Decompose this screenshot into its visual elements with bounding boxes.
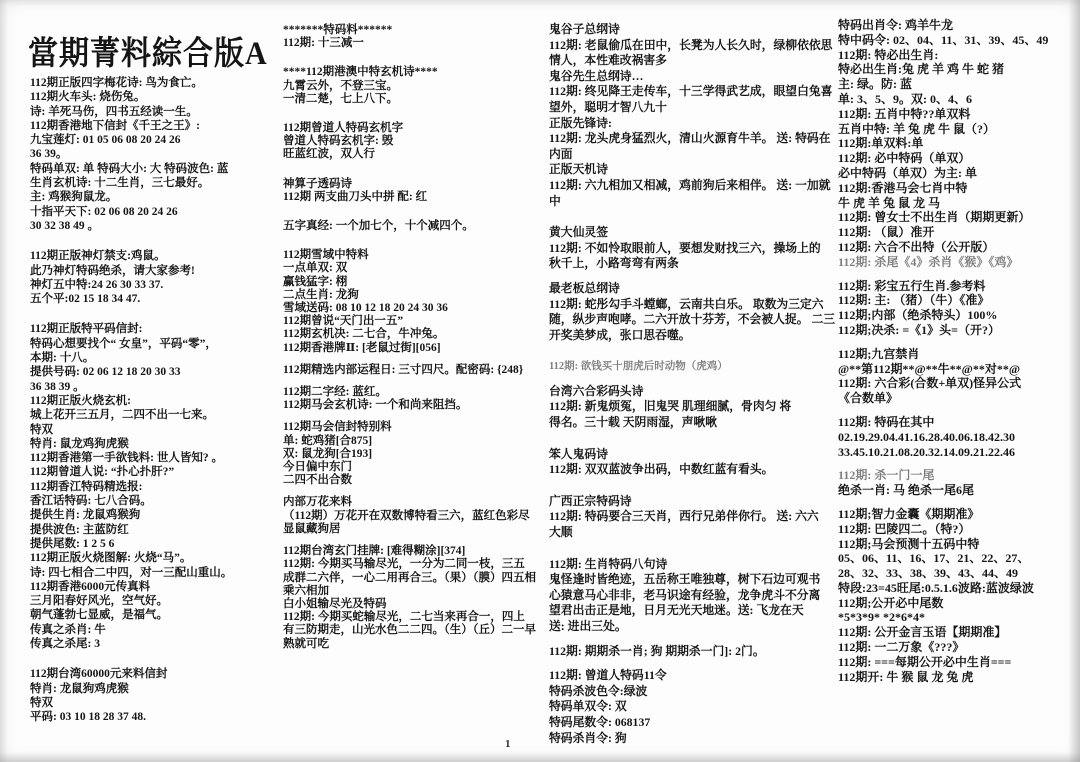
text-line: 赢钱猛字: 栩	[283, 276, 545, 289]
text-line: 112期香江特码精选报:	[30, 480, 282, 494]
text-line: 112期: 生肖特码八句诗	[549, 557, 845, 573]
text-line: 笨人鬼码诗	[549, 447, 845, 463]
text-line: 诗: 羊死马伤，四书五经读一生。	[30, 105, 282, 119]
text-line: 二四不出合数	[283, 474, 545, 487]
text-line: 112期雪域中特料	[283, 249, 545, 262]
blank-line	[549, 635, 845, 644]
text-line: 一点单双: 双	[283, 262, 545, 275]
text-line: 特双	[30, 696, 282, 710]
text-line: 112期精选内部运程日: 三寸四尺。配密码: {248}	[283, 364, 545, 377]
text-line: 一清二楚，七上八下。	[283, 93, 545, 106]
text-line: 112期:单双料:单	[838, 136, 1072, 151]
text-line: 神灯五中特:24 26 30 33 37.	[30, 278, 282, 292]
text-line: 112期: 今期买蛇输尽光，二七当来再合一，四上	[283, 611, 545, 624]
text-line: @**第112期**@**牛**@**对**@	[838, 362, 1072, 377]
text-line: 雪域送码: 08 10 12 18 20 24 30 36	[283, 302, 545, 315]
text-line: 情人，本性难改祸害多	[549, 53, 845, 69]
blank-line	[838, 270, 1072, 279]
text-line: 112期: （鼠）准开	[838, 225, 1072, 240]
text-line: 鬼怪逢时皆绝迹，五岳称王唯独尊，树下石边可观书	[549, 572, 845, 588]
scan-edge-top	[0, 0, 1080, 6]
document-page: 當期菁料綜合版A 112期正版四字梅花诗: 鸟为食亡。112期火车头: 烧伤兔。…	[0, 0, 1080, 762]
text-line: 特码心想要找个“ 女皇”，平码“零”，	[30, 337, 282, 351]
text-line: 112期: ===每期公开必中生肖===	[838, 655, 1072, 670]
text-line: 黄大仙灵签	[549, 225, 845, 241]
text-line: 112期正版神灯禁支:鸡鼠。	[30, 249, 282, 263]
text-line: 平码: 03 10 18 28 37 48.	[30, 710, 282, 724]
text-line: 得名。三十载 天阴雨湿，声啾啾	[549, 415, 845, 431]
text-line: 单: 蛇鸡猪[合875]	[283, 435, 545, 448]
text-line: 112期:香港马会七肖中特	[838, 181, 1072, 196]
text-line: 诗: 四七相合二中四，对一三配山重山。	[30, 566, 282, 580]
text-line: ****112期港澳中特玄机诗****	[283, 66, 545, 79]
text-line: 112期: 杀一门一尾	[838, 468, 1072, 483]
text-line: 三月阳春好风光，空气好。	[30, 594, 282, 608]
text-line: 112期: 六合彩(合数+单双)怪异公式	[838, 376, 1072, 391]
blank-line	[838, 406, 1072, 415]
text-line: 112期: 彩宝五行生肖.参考料	[838, 279, 1072, 294]
text-line: 112期正版特平码信封:	[30, 322, 282, 336]
text-line: 28、32、33、38、39、43、44、49	[838, 566, 1072, 581]
text-line: 05、06、11、16、17、21、22、27、	[838, 551, 1072, 566]
text-line: 特肖: 鼠龙鸡狗虎猴	[30, 437, 282, 451]
blank-line	[283, 50, 545, 66]
text-line: 生肖玄机诗: 十二生肖，三七最好。	[30, 176, 282, 190]
text-line: 提供波色: 主蓝防红	[30, 523, 282, 537]
text-line: 今日偏中东门	[283, 461, 545, 474]
text-column-3: 鬼谷子总纲诗112期: 老鼠偷瓜在田中，长凳为人长久时，绿柳依依思情人，本性难改…	[549, 22, 845, 746]
page-number: 1	[505, 738, 511, 750]
text-line: 112期: 老鼠偷瓜在田中，长凳为人长久时，绿柳依依思	[549, 38, 845, 54]
text-line: 单: 3、5、9。双: 0、4、6	[838, 92, 1072, 107]
text-line: 112期: 终见降王走传车，十三学得武艺成，眼望白兔喜	[549, 84, 845, 100]
text-line: 112期香港地下信封《千王之王》:	[30, 119, 282, 133]
text-line: 112期: 曾女士不出生肖（期期更新）	[838, 210, 1072, 225]
text-line: 提供生肖: 龙鼠鸡猴狗	[30, 508, 282, 522]
text-line: 城上花开三五月，二四不出一七来。	[30, 408, 282, 422]
text-line: 36 38 39 。	[30, 380, 282, 394]
text-line: 36 39。	[30, 147, 282, 161]
text-line: 112期: 今期买马输尽光，一分为二同一枝，三五	[283, 558, 545, 571]
text-column-4: 特码出肖令: 鸡羊牛龙特中码令: 02、04、11、31、39、45、49112…	[838, 18, 1072, 684]
text-line: 112期: 龙头虎身猛烈火，清山火源育牛羊。 送: 特码在	[549, 131, 845, 147]
text-line: 曾道人特码玄机字: 毁	[283, 135, 545, 148]
text-line: 送: 进出三处。	[549, 619, 845, 635]
text-line: 112期玄机决: 二七合，牛冲兔。	[283, 328, 545, 341]
text-line: 112期;决杀: =《1》头=（开?）	[838, 323, 1072, 338]
text-line: 112期: 期期杀一肖; 狗 期期杀一门]: 2门。	[549, 644, 845, 660]
text-line: 112期香港牌Ⅱ: [老鼠过街][056]	[283, 342, 545, 355]
text-line: 112期: 特码在其中	[838, 415, 1072, 430]
text-line: 白小姐输尽光及特码	[283, 598, 545, 611]
scan-edge-bottom	[0, 752, 1080, 762]
text-line: 112期: 不如怜取眼前人，要想发财找三六，操场上的	[549, 241, 845, 257]
text-line: 112期: 欲钱买十朋虎后时动物（虎鸡）	[549, 359, 845, 375]
text-line: 牛 虎 羊 兔 鼠 龙 马	[838, 196, 1072, 211]
text-line: 传真之杀肖: 牛	[30, 623, 282, 637]
text-line: 112期: 曾道人特码11令	[549, 668, 845, 684]
blank-line	[30, 233, 282, 249]
text-line: 112期曾道人说: “扑心扑肝?”	[30, 465, 282, 479]
text-line: 台湾六合彩码头诗	[549, 384, 845, 400]
text-line: 本期: 十八。	[30, 351, 282, 365]
scan-edge-left	[0, 0, 8, 762]
text-line: 112期台湾60000元来料信封	[30, 667, 282, 681]
text-line: 112期: 特码要合三天肖，西行兄弟伴你行。 送: 六六	[549, 509, 845, 525]
text-line: 提供号码: 02 06 12 18 20 30 33	[30, 365, 282, 379]
text-line: 112期: 六九相加又相减，鸡前狗后来相伴。 送: 一加就	[549, 178, 845, 194]
blank-line	[283, 204, 545, 220]
text-line: 心猿意马心非非，老马识途有经验，龙争虎斗不分离	[549, 588, 845, 604]
text-column-2: *******特码料******112期: 十三减一****112期港澳中特玄机…	[283, 24, 545, 651]
text-line: 望外，聪明才智八九十	[549, 100, 845, 116]
text-line: 特双	[30, 423, 282, 437]
blank-line	[838, 338, 1072, 347]
blank-line	[283, 233, 545, 249]
text-line: 必中特码（单双）为主: 单	[838, 166, 1072, 181]
text-line: 主: 绿。防: 蓝	[838, 77, 1072, 92]
text-line: 九霄云外，不登三宝。	[283, 80, 545, 93]
blank-line	[549, 659, 845, 668]
text-line: *5*3*9* *2*6*4*	[838, 610, 1072, 625]
text-line: 30 32 38 49 。	[30, 219, 282, 233]
text-line: 112期;内部（绝杀特头）100%	[838, 308, 1072, 323]
blank-line	[549, 272, 845, 281]
text-line: 112期马会玄机诗: 一个和尚来阻挡。	[283, 399, 545, 412]
blank-line	[549, 343, 845, 359]
text-line: 旺蓝红波，双人行	[283, 148, 545, 161]
text-line: 112期火车头: 烧伤兔。	[30, 90, 282, 104]
text-line: 112期: 杀尾《4》杀肖《猴》《鸡》	[838, 255, 1072, 270]
text-line: 鬼谷子总纲诗	[549, 22, 845, 38]
text-line: 内面	[549, 147, 845, 163]
blank-line	[838, 498, 1072, 507]
text-line: 112期正版四字梅花诗: 鸟为食亡。	[30, 76, 282, 90]
text-line: 112期曾道人特码玄机字	[283, 122, 545, 135]
text-line: 112期;公开必中尾数	[838, 596, 1072, 611]
text-line: 112期曾说“天门出一五”	[283, 315, 545, 328]
text-line: 正版先锋诗:	[549, 116, 845, 132]
text-line: 《合数单》	[838, 391, 1072, 406]
text-line: 112期: 六合不出特（公开版）	[838, 240, 1072, 255]
text-line: 九宝莲灯: 01 05 06 08 20 24 26	[30, 133, 282, 147]
text-line: 显鼠藏狗居	[283, 523, 545, 536]
text-line: 特码杀肖令: 狗	[549, 731, 845, 747]
text-line: 特码出肖令: 鸡羊牛龙	[838, 18, 1072, 33]
blank-line	[30, 306, 282, 322]
text-line: 中	[549, 194, 845, 210]
text-line: 最老板总纲诗	[549, 281, 845, 297]
text-line: 广西正宗特码诗	[549, 494, 845, 510]
text-line: 112期;九宫禁肖	[838, 347, 1072, 362]
text-line: 特码杀波色令:绿波	[549, 684, 845, 700]
text-line: 112期马会信封特别料	[283, 421, 545, 434]
text-line: （112期）万花开在双数博特看三六，蓝红色彩尽	[283, 510, 545, 523]
text-line: 112期: 必中特码（单双）	[838, 151, 1072, 166]
text-line: 特中码令: 02、04、11、31、39、45、49	[838, 33, 1072, 48]
blank-line	[838, 459, 1072, 468]
text-line: 五个平:02 15 18 34 47.	[30, 292, 282, 306]
text-line: 开奖美梦成，张口思吞噬。	[549, 328, 845, 344]
text-line: 112期;智力金囊《期期准》	[838, 507, 1072, 522]
text-line: 112期: 主: （猪）（牛）《准》	[838, 293, 1072, 308]
blank-line	[283, 377, 545, 386]
text-line: 神算子透码诗	[283, 178, 545, 191]
text-line: 绝杀一肖: 马 绝杀一尾6尾	[838, 483, 1072, 498]
text-line: 112期: 蛇彤勾手斗螳螂，云南共白乐。 取数为三定六	[549, 297, 845, 313]
text-line: 112期台湾玄门挂牌: [难得糊涂][374]	[283, 545, 545, 558]
text-line: 正版天机诗	[549, 162, 845, 178]
text-line: 五字真经: 一个加七个，十个减四个。	[283, 220, 545, 233]
text-line: 主: 鸡猴狗鼠龙。	[30, 190, 282, 204]
text-line: 33.45.10.21.08.20.32.14.09.21.22.46	[838, 445, 1072, 460]
blank-line	[283, 162, 545, 178]
blank-line	[283, 355, 545, 364]
blank-line	[549, 209, 845, 225]
text-line: 大顺	[549, 525, 845, 541]
text-line: 112期: 五肖中特??单双料	[838, 107, 1072, 122]
text-line: 双: 鼠龙狗[合193]	[283, 448, 545, 461]
text-line: 112期: 一二万象《???》	[838, 640, 1072, 655]
page-title: 當期菁料綜合版A	[28, 26, 288, 74]
text-line: 特码尾数令: 068137	[549, 715, 845, 731]
text-line: *******特码料******	[283, 24, 545, 37]
text-line: 有三防期走，山光水色二二四。（生）（丘）二一早	[283, 624, 545, 637]
text-line: 特码单双: 单 特码大小: 大 特码波色: 蓝	[30, 162, 282, 176]
blank-line	[30, 651, 282, 667]
text-line: 特肖: 龙鼠狗鸡虎猴	[30, 682, 282, 696]
text-line: 传真之杀尾: 3	[30, 637, 282, 651]
text-line: 02.19.29.04.41.16.28.40.06.18.42.30	[838, 430, 1072, 445]
text-line: 特段:23=45旺尾:0.5.1.6波路:蓝波绿波	[838, 581, 1072, 596]
text-line: 乘六相加	[283, 585, 545, 598]
text-line: 112期正版火烧玄机:	[30, 394, 282, 408]
blank-line	[549, 431, 845, 447]
text-line: 熟就可吃	[283, 638, 545, 651]
text-line: 鬼谷先生总纲诗…	[549, 69, 845, 85]
text-line: 二点生肖: 龙狗	[283, 289, 545, 302]
text-line: 112期: 巴陵四二。（特?）	[838, 522, 1072, 537]
blank-line	[549, 375, 845, 384]
text-line: 提供尾数: 1 2 5 6	[30, 537, 282, 551]
text-line: 112期正版火烧图解: 火烧“马”。	[30, 551, 282, 565]
blank-line	[549, 541, 845, 557]
text-line: 112期: 双双蓝波争出码，中数红蓝有看头。	[549, 462, 845, 478]
text-line: 112期: 新鬼烦冤，旧鬼哭 肌理细腻，骨肉匀 将	[549, 399, 845, 415]
text-line: 此乃神灯特码绝杀，请大家参考!	[30, 264, 282, 278]
text-line: 112期开: 牛 猴 鼠 龙 兔 虎	[838, 670, 1072, 685]
text-line: 秋千上，小路弯弯有两条	[549, 256, 845, 272]
text-line: 望君出击正是地，日月无光天地迷。送: 飞龙在天	[549, 603, 845, 619]
text-line: 112期二字经: 蓝红。	[283, 386, 545, 399]
text-line: 随，纵步声咆哮。二六开放十芬芳，不会被人捉。 二三	[549, 312, 845, 328]
text-line: 香江话特码: 七八合码。	[30, 494, 282, 508]
text-line: 112期香港第一手欲钱料: 世人皆知? 。	[30, 451, 282, 465]
text-line: 112期: 公开金言玉语【期期准】	[838, 625, 1072, 640]
text-line: 五肖中特: 羊 兔 虎 牛 鼠（?）	[838, 122, 1072, 137]
blank-line	[549, 478, 845, 494]
text-line: 特必出生肖:兔 虎 羊 鸡 牛 蛇 猪	[838, 62, 1072, 77]
text-line: 112期香港6000元传真料	[30, 580, 282, 594]
blank-line	[283, 536, 545, 545]
text-line: 112期;马会预测十五码中特	[838, 537, 1072, 552]
text-line: 112期 两支曲刀头中拼 配: 红	[283, 191, 545, 204]
blank-line	[283, 106, 545, 122]
text-column-1: 112期正版四字梅花诗: 鸟为食亡。112期火车头: 烧伤兔。诗: 羊死马伤，四…	[30, 76, 282, 724]
text-line: 112期: 特必出生肖:	[838, 48, 1072, 63]
text-line: 112期: 十三减一	[283, 37, 545, 50]
text-line: 成群二六伴，一心二用再合三。（果）（膜）四五相	[283, 572, 545, 585]
text-line: 十指平天下: 02 06 08 20 24 26	[30, 205, 282, 219]
text-line: 朝气蓬勃七显威，是福气。	[30, 608, 282, 622]
text-line: 内部万花来料	[283, 496, 545, 509]
text-line: 特码单双令: 双	[549, 699, 845, 715]
